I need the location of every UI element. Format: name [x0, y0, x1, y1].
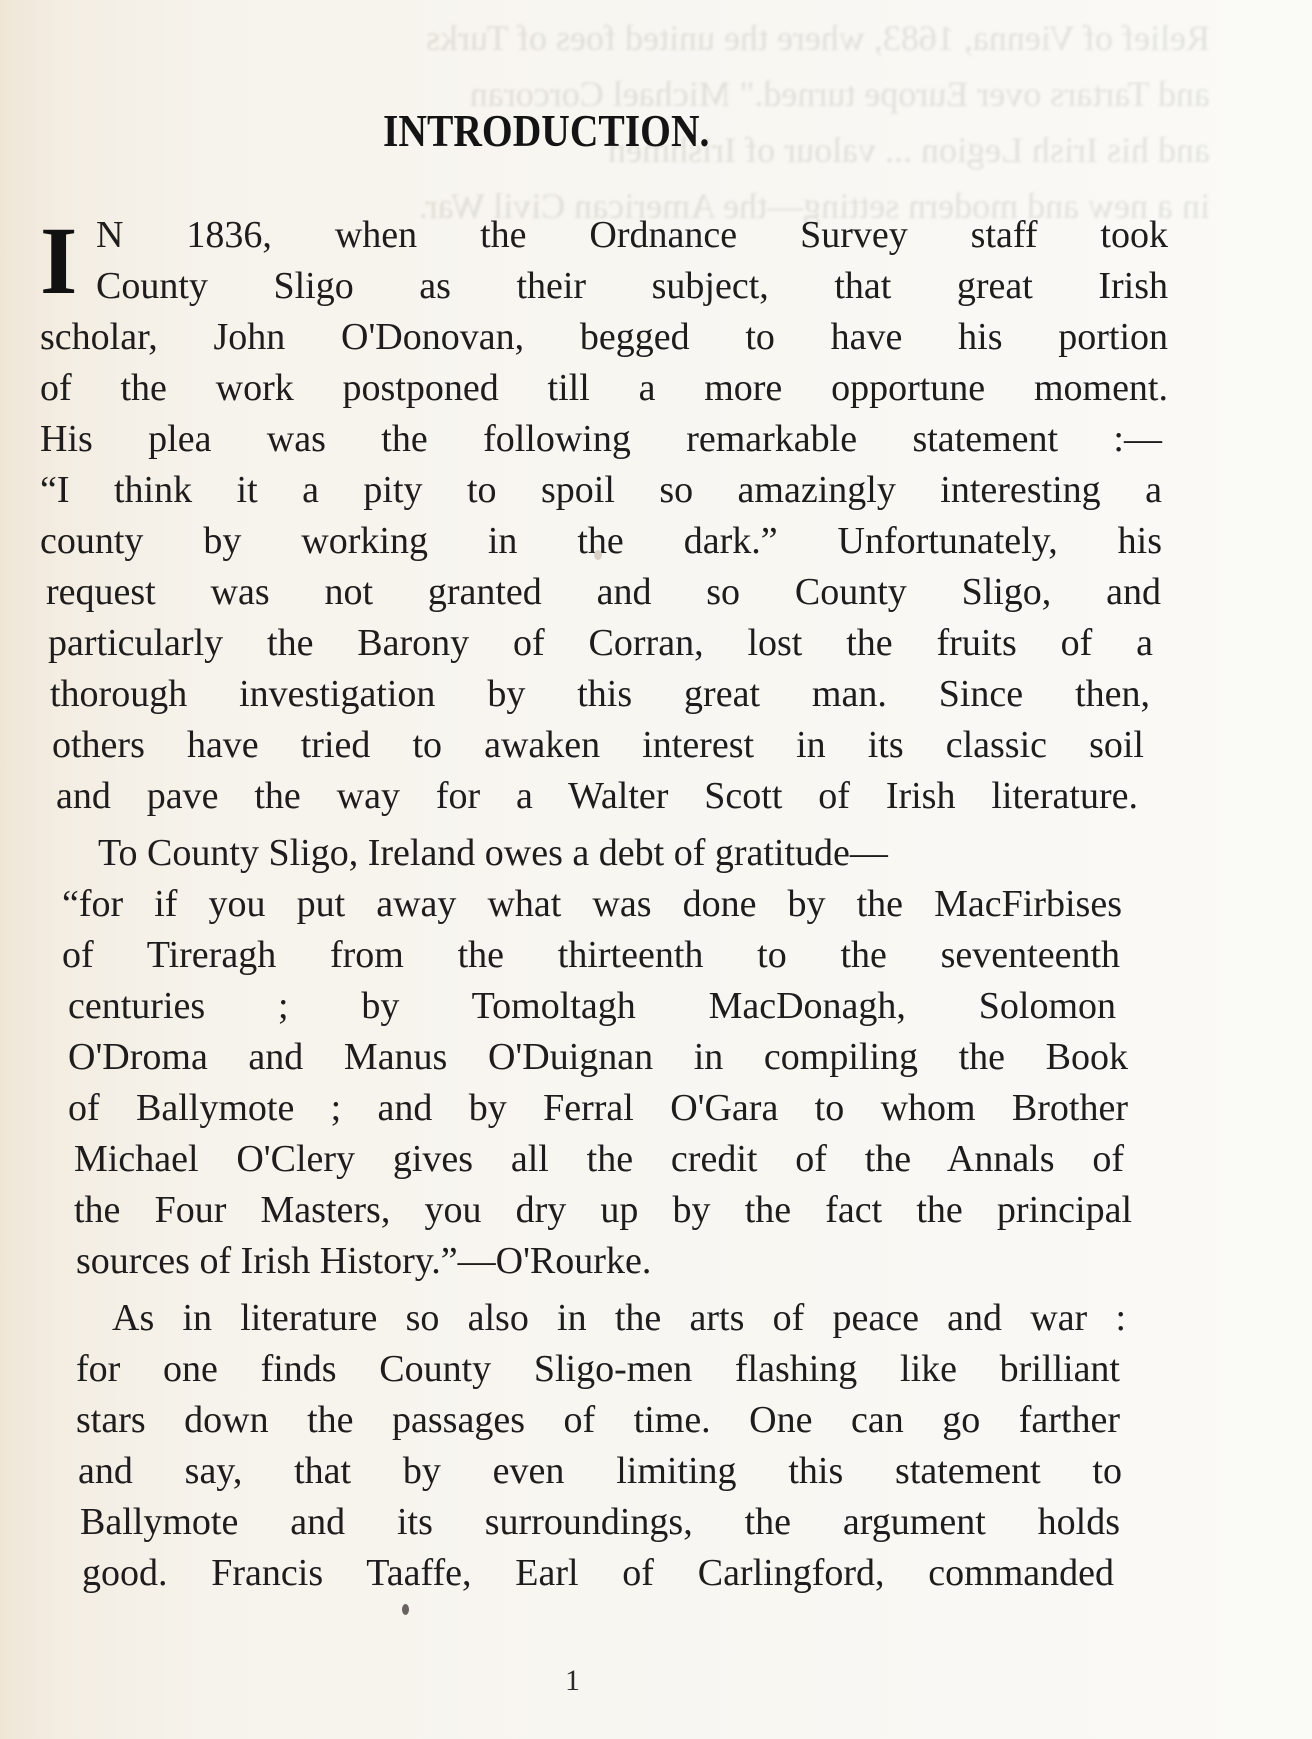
page-number: 1	[565, 1664, 580, 1698]
text-line: thorough investigation by this great man…	[50, 669, 1150, 720]
text-line: centuries ; by Tomoltagh MacDonagh, Solo…	[68, 981, 1116, 1032]
text-line: “for if you put away what was done by th…	[62, 879, 1122, 930]
bleed-line: Relief of Vienna, 1683, where the united…	[40, 10, 1210, 66]
text-line: for one finds County Sligo-men flashing …	[76, 1344, 1120, 1395]
text-line: others have tried to awaken interest in …	[52, 720, 1144, 771]
text-line: O'Droma and Manus O'Duignan in compiling…	[68, 1032, 1128, 1083]
text-line: As in literature so also in the arts of …	[112, 1293, 1126, 1344]
paragraph-1: I N 1836, when the Ordnance Survey staff…	[40, 210, 1180, 822]
text-line: scholar, John O'Donovan, begged to have …	[40, 312, 1168, 363]
text-line: and say, that by even limiting this stat…	[78, 1446, 1122, 1497]
text-line: of the work postponed till a more opport…	[40, 363, 1168, 414]
text-line: county by working in the dark.” Unfortun…	[40, 516, 1162, 567]
drop-cap: I	[40, 216, 77, 306]
paper-speck	[594, 550, 602, 560]
text-line: His plea was the following remarkable st…	[40, 414, 1162, 465]
text-line: Michael O'Clery gives all the credit of …	[74, 1134, 1124, 1185]
text-line: “I think it a pity to spoil so amazingly…	[40, 465, 1162, 516]
chapter-heading: INTRODUCTION.	[54, 104, 1182, 157]
text-line: and pave the way for a Walter Scott of I…	[56, 771, 1138, 822]
text-line: County Sligo as their subject, that grea…	[40, 261, 1168, 312]
ink-speck	[402, 1604, 409, 1615]
paragraph-3: As in literature so also in the arts of …	[40, 1293, 1180, 1599]
text-line: N 1836, when the Ordnance Survey staff t…	[40, 210, 1168, 261]
text-line: request was not granted and so County Sl…	[46, 567, 1161, 618]
text-line: the Four Masters, you dry up by the fact…	[74, 1185, 1132, 1236]
text-line: of Ballymote ; and by Ferral O'Gara to w…	[68, 1083, 1128, 1134]
paragraph-2: To County Sligo, Ireland owes a debt of …	[40, 828, 1180, 1287]
text-line: stars down the passages of time. One can…	[76, 1395, 1120, 1446]
text-line: sources of Irish History.”—O'Rourke.	[76, 1236, 836, 1287]
text-line: good. Francis Taaffe, Earl of Carlingfor…	[82, 1548, 1114, 1599]
book-page: Relief of Vienna, 1683, where the united…	[0, 0, 1312, 1739]
text-line: To County Sligo, Ireland owes a debt of …	[98, 828, 1138, 879]
text-line: Ballymote and its surroundings, the argu…	[80, 1497, 1120, 1548]
body-text: I N 1836, when the Ordnance Survey staff…	[40, 210, 1180, 1599]
text-line: of Tireragh from the thirteenth to the s…	[62, 930, 1120, 981]
text-line: particularly the Barony of Corran, lost …	[48, 618, 1153, 669]
